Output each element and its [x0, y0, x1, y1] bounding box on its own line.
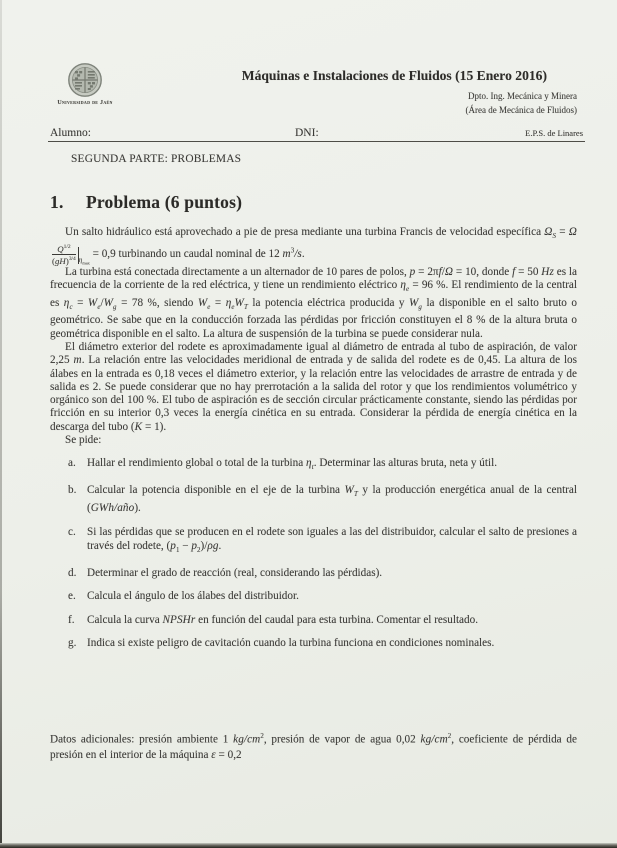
student-id-row: Alumno: DNI: E.P.S. de Linares: [50, 123, 577, 139]
problem-paragraph-1: Un salto hidráulico está aprovechado a p…: [50, 226, 577, 266]
student-name-label: Alumno:: [50, 127, 91, 139]
problem-paragraph-2: La turbina está conectada directamente a…: [50, 266, 577, 341]
task-item-b: b.Calcular la potencia disponible en el …: [50, 484, 577, 516]
item-text: Calcular la potencia disponible en el ej…: [87, 484, 577, 514]
scan-left-edge: [0, 0, 2, 848]
page-content: Universidad de Jaén Máquinas e Instalaci…: [50, 0, 577, 848]
university-crest-icon: [67, 62, 103, 98]
task-item-c: c.Si las pérdidas que se producen en el …: [50, 526, 577, 558]
item-text: Hallar el rendimiento global o total de …: [87, 457, 497, 469]
se-pide-line: Se pide:: [50, 434, 577, 447]
paragraph-1-text-before: Un salto hidráulico está aprovechado a p…: [65, 226, 577, 238]
item-label: f.: [68, 614, 75, 628]
specific-speed-fraction: Q1/2(gH)3/4: [52, 244, 76, 266]
item-label: a.: [68, 457, 76, 471]
course-title: Máquinas e Instalaciones de Fluidos (15 …: [120, 68, 547, 84]
item-label: c.: [68, 526, 76, 540]
header-right-block: Máquinas e Instalaciones de Fluidos (15 …: [120, 62, 577, 115]
item-text: Indica si existe peligro de cavitación c…: [87, 637, 494, 649]
department-line: Dpto. Ing. Mecánica y Minera: [120, 91, 577, 101]
problem-paragraph-3: El diámetro exterior del rodete es aprox…: [50, 341, 577, 434]
fraction-numerator: Q1/2: [52, 244, 76, 256]
problem-number: 1.: [50, 192, 86, 213]
task-item-d: d.Determinar el grado de reacción (real,…: [50, 567, 577, 581]
task-item-a: a.Hallar el rendimiento global o total d…: [50, 457, 577, 475]
fraction-denominator: (gH)3/4: [52, 255, 76, 266]
task-item-e: e.Calcula el ángulo de los álabes del di…: [50, 590, 577, 604]
additional-data-note: Datos adicionales: presión ambiente 1 kg…: [50, 729, 577, 764]
item-text: Calcula el ángulo de los álabes del dist…: [87, 590, 299, 602]
evaluated-at-condition: ηmax: [79, 256, 90, 264]
item-label: d.: [68, 567, 76, 581]
task-item-f: f.Calcula la curva NPSHr en función del …: [50, 614, 577, 628]
university-logo-block: Universidad de Jaén: [50, 62, 120, 115]
item-label: e.: [68, 590, 76, 604]
problem-title-text: Problema (6 puntos): [86, 192, 242, 212]
area-line: (Área de Mecánica de Fluidos): [120, 105, 577, 115]
university-name: Universidad de Jaén: [50, 100, 120, 106]
item-label: b.: [68, 484, 76, 498]
school-name: E.P.S. de Linares: [525, 128, 583, 138]
header-rule: [48, 141, 585, 142]
paragraph-1-text-after: = 0,9 turbinando un caudal nominal de 12…: [90, 248, 305, 260]
item-text: Determinar el grado de reacción (real, c…: [87, 567, 382, 579]
item-label: g.: [68, 637, 76, 651]
task-item-g: g.Indica si existe peligro de cavitación…: [50, 637, 577, 651]
item-text: Si las pérdidas que se producen en el ro…: [87, 526, 577, 552]
section-header: SEGUNDA PARTE: PROBLEMAS: [71, 153, 577, 165]
scan-bottom-edge: [0, 843, 617, 848]
dni-label: DNI:: [295, 127, 319, 139]
problem-title: 1.Problema (6 puntos): [50, 192, 577, 213]
exam-header: Universidad de Jaén Máquinas e Instalaci…: [50, 62, 577, 115]
task-list: a.Hallar el rendimiento global o total d…: [50, 457, 577, 651]
scanned-exam-page: Universidad de Jaén Máquinas e Instalaci…: [0, 0, 617, 848]
item-text: Calcula la curva NPSHr en función del ca…: [87, 614, 478, 626]
